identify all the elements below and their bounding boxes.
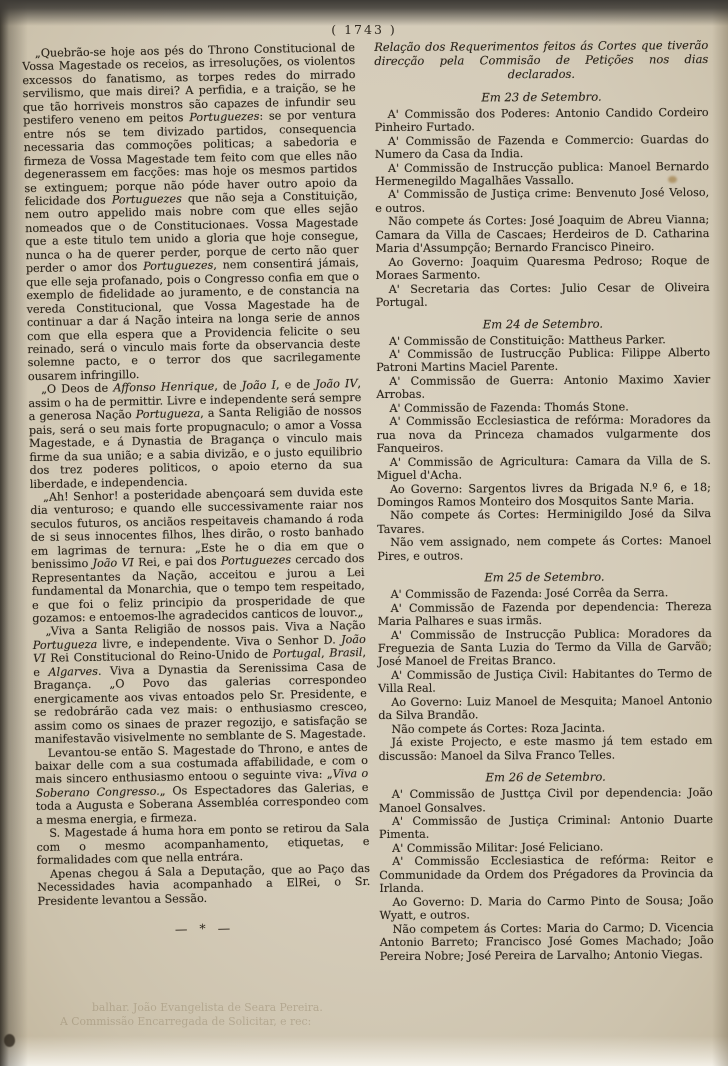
requerimento-entry: A' Commissão de Fazenda por dependencia:… — [378, 600, 712, 629]
requerimento-entry: A' Commissão de Justiça Criminal: Antoni… — [379, 813, 713, 842]
requerimento-entry: A' Commissão dos Poderes: Antonio Candid… — [375, 106, 709, 135]
date-heading: Em 24 de Setembro. — [376, 315, 710, 331]
requerimento-entry: A' Commissão de Justiça crime: Benvenuto… — [375, 186, 709, 215]
requerimento-entry: A' Commissão Ecclesiastica de refórma: R… — [379, 853, 713, 895]
right-column: Relação dos Requerimentos feitos ás Cort… — [374, 39, 714, 963]
requerimento-entry: Ao Governo: Sargentos livres da Brigada … — [377, 480, 711, 509]
paragraph: „Viva a Santa Religião de nossos pais. V… — [32, 619, 367, 746]
requerimento-entry: A' Commissão de Instrucção publica: Mano… — [375, 160, 709, 189]
paragraph: S. Magestade á huma hora em ponto se ret… — [36, 821, 370, 867]
relacao-heading: Relação dos Requerimentos feitos ás Cort… — [374, 39, 708, 83]
paragraph: „Quebrão-se hoje aos pés do Throno Const… — [22, 41, 361, 383]
requerimento-entry: A' Commissão de Instrucção Publica: Mora… — [378, 627, 712, 669]
requerimento-entry: Ao Governo: D. Maria do Carmo Pinto de S… — [379, 894, 713, 923]
requerimento-entry: A' Commissão de Justiça Civil: Habitante… — [378, 667, 712, 696]
requerimento-entry: A' Commissão de Justtça Civil por depend… — [379, 786, 713, 815]
requerimento-entry: A' Commissão de Iustrucção Publica: Fili… — [376, 346, 710, 375]
requerimento-entry: Não vem assignado, nem compete ás Cortes… — [377, 534, 711, 563]
date-heading: Em 26 de Setembro. — [379, 769, 713, 785]
date-heading: Em 25 de Setembro. — [377, 569, 711, 585]
date-heading: Em 23 de Setembro. — [374, 89, 708, 105]
requerimento-entry: Não competem ás Cortes: Maria do Carmo; … — [380, 921, 714, 963]
requerimento-entry: Ao Governo: Joaquim Quaresma Pedroso; Ro… — [375, 254, 709, 283]
requerimento-entry: Não compete ás Cortes: Herminigildo José… — [377, 507, 711, 536]
requerimento-entry: A' Commissão de Guerra: Antonio Maximo X… — [376, 373, 710, 402]
requerimento-entry: Não compete ás Cortes: José Joaquim de A… — [375, 213, 709, 255]
left-column: „Quebrão-se hoje aos pés do Throno Const… — [22, 41, 371, 939]
requerimentos-sections: Em 23 de Setembro.A' Commissão dos Poder… — [374, 89, 713, 963]
requerimento-entry: A' Commissão de Agricultura: Camara da V… — [377, 454, 711, 483]
requerimento-entry: A' Commissão de Fazenda e Commercio: Gua… — [375, 133, 709, 162]
page-number: ( 1743 ) — [0, 22, 728, 37]
bleedthrough-text: A Commissão Encarregada de Solicitar, e … — [60, 1015, 360, 1028]
bleedthrough-text: balhar. João Evangelista de Seara Pereir… — [92, 1001, 340, 1014]
requerimento-entry: Já existe Projecto, e este masmo já tem … — [378, 734, 712, 763]
paragraph: „O Deos de Affonso Henrique, de João I, … — [28, 377, 363, 491]
paragraph: Levantou-se então S. Magestade do Throno… — [35, 740, 369, 827]
paragraph: „Ah! Senhor! a posteridade abençoará sem… — [30, 485, 365, 626]
requerimento-entry: A' Commissão Ecclesiastica de refórma: M… — [376, 413, 710, 455]
requerimento-entry: Ao Governo: Luiz Manoel de Mesquita; Man… — [378, 694, 712, 723]
paragraph: Apenas chegou á Sala a Deputação, que ao… — [37, 862, 371, 908]
requerimento-entry: A' Secretaria das Cortes: Julio Cesar de… — [376, 281, 710, 310]
left-paragraphs: „Quebrão-se hoje aos pés do Throno Const… — [22, 41, 371, 908]
